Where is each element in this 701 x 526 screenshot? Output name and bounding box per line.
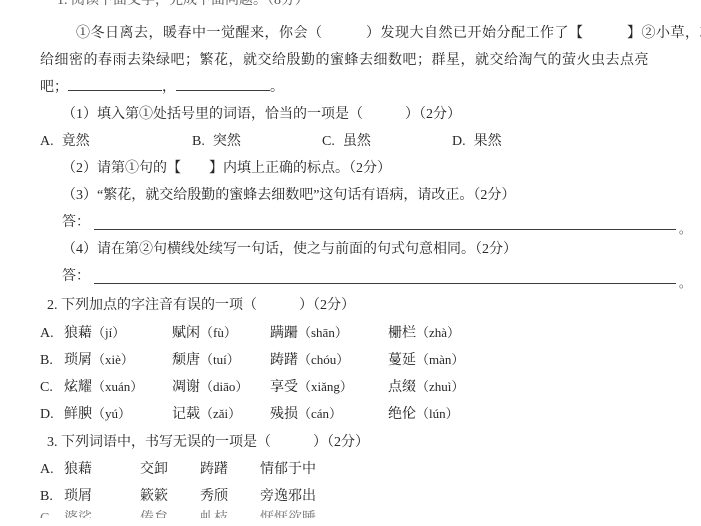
pinyin-annotation: （chóu） <box>298 352 349 367</box>
answer-line-4: 答： 。 <box>0 263 701 290</box>
word-option-row: A.狼藉交卸踌躇情郁于中 <box>0 456 701 483</box>
word-with-pinyin: 享受（xiǎng） <box>270 373 388 401</box>
answer-line-3: 答： 。 <box>0 209 701 236</box>
pinyin-annotation: （xiè） <box>92 352 134 367</box>
dotted-character: 藉 <box>78 326 92 341</box>
dotted-character: 残 <box>270 407 284 422</box>
option-label: A. <box>40 456 64 483</box>
word-with-pinyin: 残损（cán） <box>270 400 388 428</box>
dotted-character: 载 <box>186 407 200 422</box>
option-a-label: A. <box>40 134 54 149</box>
option-c: C.虽然 <box>322 128 452 155</box>
word: 旁逸邪出 <box>260 483 316 510</box>
word-with-pinyin: 栅栏（zhà） <box>388 319 460 347</box>
dotted-character: 蔓 <box>388 353 402 368</box>
pinyin-annotation: （shān） <box>298 325 348 340</box>
clipped-heading-line: 1. 阅读下面文字，完成下面问题。（8分） <box>0 0 701 9</box>
sub-question-2-stem: （2）请第①句的【 】内填上正确的标点。（2分） <box>0 155 701 182</box>
option-b-label: B. <box>192 134 205 149</box>
word: 虬枝 <box>200 510 260 518</box>
word: 狼藉 <box>64 456 140 483</box>
character: 记 <box>172 407 186 422</box>
character: 谢 <box>186 380 200 395</box>
word: 秀颀 <box>200 483 260 510</box>
dotted-character: 屑 <box>78 353 92 368</box>
option-c-label: C. <box>322 134 335 149</box>
word: 簌簌 <box>140 483 200 510</box>
character: 蹒 <box>270 326 284 341</box>
passage-line-3-period: 。 <box>270 80 284 95</box>
word-with-pinyin: 鲜腴（yú） <box>64 400 172 428</box>
pinyin-annotation: （yú） <box>92 406 131 421</box>
option-label: B. <box>40 483 64 510</box>
word: 婆娑 <box>64 510 140 518</box>
answer-end-period: 。 <box>679 222 691 236</box>
word-option-row: B.琐屑簌簌秀颀旁逸邪出 <box>0 483 701 510</box>
option-label: C. <box>40 510 64 518</box>
dotted-character: 颓 <box>172 353 186 368</box>
answer-label: 答： <box>62 209 90 236</box>
character: 点 <box>388 380 402 395</box>
dotted-character: 赋 <box>172 326 186 341</box>
passage-line-3: 吧；，。 <box>0 74 701 101</box>
option-label: D. <box>40 401 64 428</box>
word-with-pinyin: 凋谢（diāo） <box>172 373 270 401</box>
word-with-pinyin: 狼藉（jí） <box>64 319 172 347</box>
dotted-character: 跚 <box>284 326 298 341</box>
dotted-character: 凋 <box>172 380 186 395</box>
dotted-character: 炫 <box>64 380 78 395</box>
pinyin-annotation: （cán） <box>298 406 342 421</box>
passage-line-2: 给细密的春雨去染绿吧；繁花，就交给殷勤的蜜蜂去细数吧；群星，就交给淘气的萤火虫去… <box>0 47 701 74</box>
word-with-pinyin: 颓唐（tuí） <box>172 346 270 374</box>
word-with-pinyin: 记载（zǎi） <box>172 400 270 428</box>
character: 琐 <box>64 353 78 368</box>
option-d-text: 果然 <box>474 134 502 149</box>
option-a: A.竟然 <box>40 128 192 155</box>
clipped-bottom-row: C.婆娑倦怠虬枝恹恹欲睡 <box>0 510 701 518</box>
word: 交卸 <box>140 456 200 483</box>
answer-underline <box>94 283 676 284</box>
answer-underline <box>94 229 676 230</box>
word-with-pinyin: 踌躇（chóu） <box>270 346 388 374</box>
word: 琐屑 <box>64 483 140 510</box>
character: 狼 <box>64 326 78 341</box>
exam-paper: 1. 阅读下面文字，完成下面问题。（8分） ①冬日离去，暖春中一觉醒来，你会（ … <box>0 0 701 526</box>
character: 栏 <box>402 326 416 341</box>
pinyin-annotation: （jí） <box>92 325 125 340</box>
dotted-character: 腴 <box>78 407 92 422</box>
q2-rows: A.狼藉（jí）赋闲（fù）蹒跚（shān）栅栏（zhà）B.琐屑（xiè）颓唐… <box>0 319 701 427</box>
word-with-pinyin: 蔓延（màn） <box>388 346 464 374</box>
word: 情郁于中 <box>260 456 316 483</box>
dotted-character: 享 <box>270 380 284 395</box>
pinyin-annotation: （zhuì） <box>416 379 464 394</box>
option-d-label: D. <box>452 134 466 149</box>
passage-line-3-prefix: 吧； <box>40 80 68 95</box>
pinyin-annotation: （xiǎng） <box>298 379 353 394</box>
dotted-character: 踌 <box>270 353 284 368</box>
option-label: A. <box>40 320 64 347</box>
passage-line-1: ①冬日离去，暖春中一觉醒来，你会（ ）发现大自然已开始分配工作了【 】②小草，就… <box>0 20 701 47</box>
passage-line-3-comma: ， <box>162 80 176 95</box>
word-with-pinyin: 点缀（zhuì） <box>388 373 464 401</box>
passage: ①冬日离去，暖春中一觉醒来，你会（ ）发现大自然已开始分配工作了【 】②小草，就… <box>0 20 701 101</box>
pinyin-annotation: （zǎi） <box>200 406 241 421</box>
question3-stem: 3. 下列词语中，书写无误的一项是（ ）（2分） <box>0 429 701 456</box>
dotted-character: 栅 <box>388 326 402 341</box>
question1-heading: 1. 阅读下面文字，完成下面问题。（8分） <box>0 0 701 9</box>
pinyin-annotation: （xuán） <box>92 379 143 394</box>
word-with-pinyin: 炫耀（xuán） <box>64 373 172 401</box>
pinyin-option-row: A.狼藉（jí）赋闲（fù）蹒跚（shān）栅栏（zhà） <box>0 319 701 346</box>
pinyin-annotation: （lún） <box>416 406 459 421</box>
word-with-pinyin: 蹒跚（shān） <box>270 319 388 347</box>
pinyin-annotation: （tuí） <box>200 352 240 367</box>
character: 闲 <box>186 326 200 341</box>
character: 鲜 <box>64 407 78 422</box>
pinyin-annotation: （fù） <box>200 325 237 340</box>
word: 踌躇 <box>200 456 260 483</box>
word-with-pinyin: 赋闲（fù） <box>172 319 270 347</box>
answer-end-period: 。 <box>679 276 691 290</box>
pinyin-annotation: （zhà） <box>416 325 460 340</box>
answer-label: 答： <box>62 263 90 290</box>
option-c-text: 虽然 <box>343 134 371 149</box>
dotted-character: 伦 <box>402 407 416 422</box>
word-with-pinyin: 琐屑（xiè） <box>64 346 172 374</box>
character: 绝 <box>388 407 402 422</box>
pinyin-option-row: B.琐屑（xiè）颓唐（tuí）踌躇（chóu）蔓延（màn） <box>0 346 701 373</box>
pinyin-option-row: D.鲜腴（yú）记载（zǎi）残损（cán）绝伦（lún） <box>0 400 701 427</box>
word: 恹恹欲睡 <box>260 510 316 518</box>
option-label: B. <box>40 347 64 374</box>
question2-stem: 2. 下列加点的字注音有误的一项（ ）（2分） <box>0 292 701 319</box>
word: 倦怠 <box>140 510 200 518</box>
character: 唐 <box>186 353 200 368</box>
character: 躇 <box>284 353 298 368</box>
option-b-text: 突然 <box>213 134 241 149</box>
pinyin-option-row: C.炫耀（xuán）凋谢（diāo）享受（xiǎng）点缀（zhuì） <box>0 373 701 400</box>
character: 损 <box>284 407 298 422</box>
option-label: C. <box>40 374 64 401</box>
word-option-row: C.婆娑倦怠虬枝恹恹欲睡 <box>0 510 701 518</box>
dotted-character: 缀 <box>402 380 416 395</box>
write-blank-2 <box>176 77 270 91</box>
pinyin-annotation: （màn） <box>416 352 464 367</box>
character: 受 <box>284 380 298 395</box>
option-a-text: 竟然 <box>62 134 90 149</box>
character: 耀 <box>78 380 92 395</box>
sub-question-3-stem: （3）“繁花，就交给殷勤的蜜蜂去细数吧”这句话有语病，请改正。（2分） <box>0 182 701 209</box>
character: 延 <box>402 353 416 368</box>
option-d: D.果然 <box>452 128 502 155</box>
sub-question-4-stem: （4）请在第②句横线处续写一句话，使之与前面的句式句意相同。（2分） <box>0 236 701 263</box>
sub-question-1-stem: （1）填入第①处括号里的词语，恰当的一项是（ ）（2分） <box>0 101 701 128</box>
sub-question-1-options: A.竟然 B.突然 C.虽然 D.果然 <box>0 128 701 155</box>
q3-rows: A.狼藉交卸踌躇情郁于中B.琐屑簌簌秀颀旁逸邪出C.婆娑倦怠虬枝恹恹欲睡 <box>0 456 701 518</box>
pinyin-annotation: （diāo） <box>200 379 248 394</box>
write-blank-1 <box>68 77 162 91</box>
option-b: B.突然 <box>192 128 322 155</box>
word-with-pinyin: 绝伦（lún） <box>388 400 459 428</box>
